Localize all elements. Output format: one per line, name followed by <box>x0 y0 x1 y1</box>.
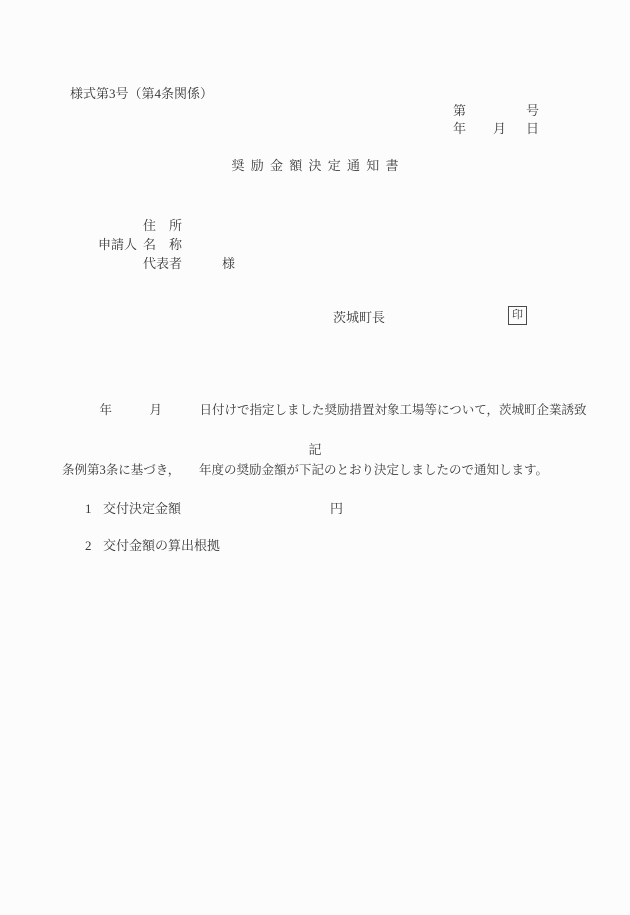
issuer-name: 茨城町長 <box>333 311 385 324</box>
item-2-number: 2 <box>85 539 92 552</box>
applicant-label: 申請人 <box>98 238 137 251</box>
date-year-label: 年 <box>453 122 466 135</box>
form-number-label: 様式第3号（第4条関係） <box>70 87 213 100</box>
applicant-honorific: 様 <box>222 257 235 270</box>
body-line-2: 条例第3条に基づき， 年度の奨励金額が下記のとおり決定しましたので通知します。 <box>62 460 607 480</box>
item-1-label: 交付決定金額 <box>103 502 181 515</box>
item-1-unit: 円 <box>330 502 343 515</box>
doc-number-prefix: 第 <box>453 104 466 117</box>
body-paragraph: 年 月 日付けで指定しました奨励措置対象工場等について，茨城町企業誘致 条例第3… <box>62 360 607 520</box>
date-day-label: 日 <box>526 122 539 135</box>
body-line-1: 年 月 日付けで指定しました奨励措置対象工場等について，茨城町企業誘致 <box>62 400 607 420</box>
document-page: 様式第3号（第4条関係） 第 号 年 月 日 奨 励 金 額 決 定 通 知 書… <box>0 0 630 915</box>
applicant-address-label: 住 所 <box>143 219 182 232</box>
item-1-number: 1 <box>85 502 92 515</box>
date-month-label: 月 <box>493 122 506 135</box>
record-marker: 記 <box>0 443 630 456</box>
official-seal-box: 印 <box>508 306 527 325</box>
document-title: 奨 励 金 額 決 定 通 知 書 <box>0 159 630 172</box>
doc-number-suffix: 号 <box>526 104 539 117</box>
item-2-label: 交付金額の算出根拠 <box>103 539 220 552</box>
applicant-name-label: 名 称 <box>143 238 182 251</box>
applicant-representative-label: 代表者 <box>143 257 182 270</box>
seal-character: 印 <box>512 310 523 321</box>
